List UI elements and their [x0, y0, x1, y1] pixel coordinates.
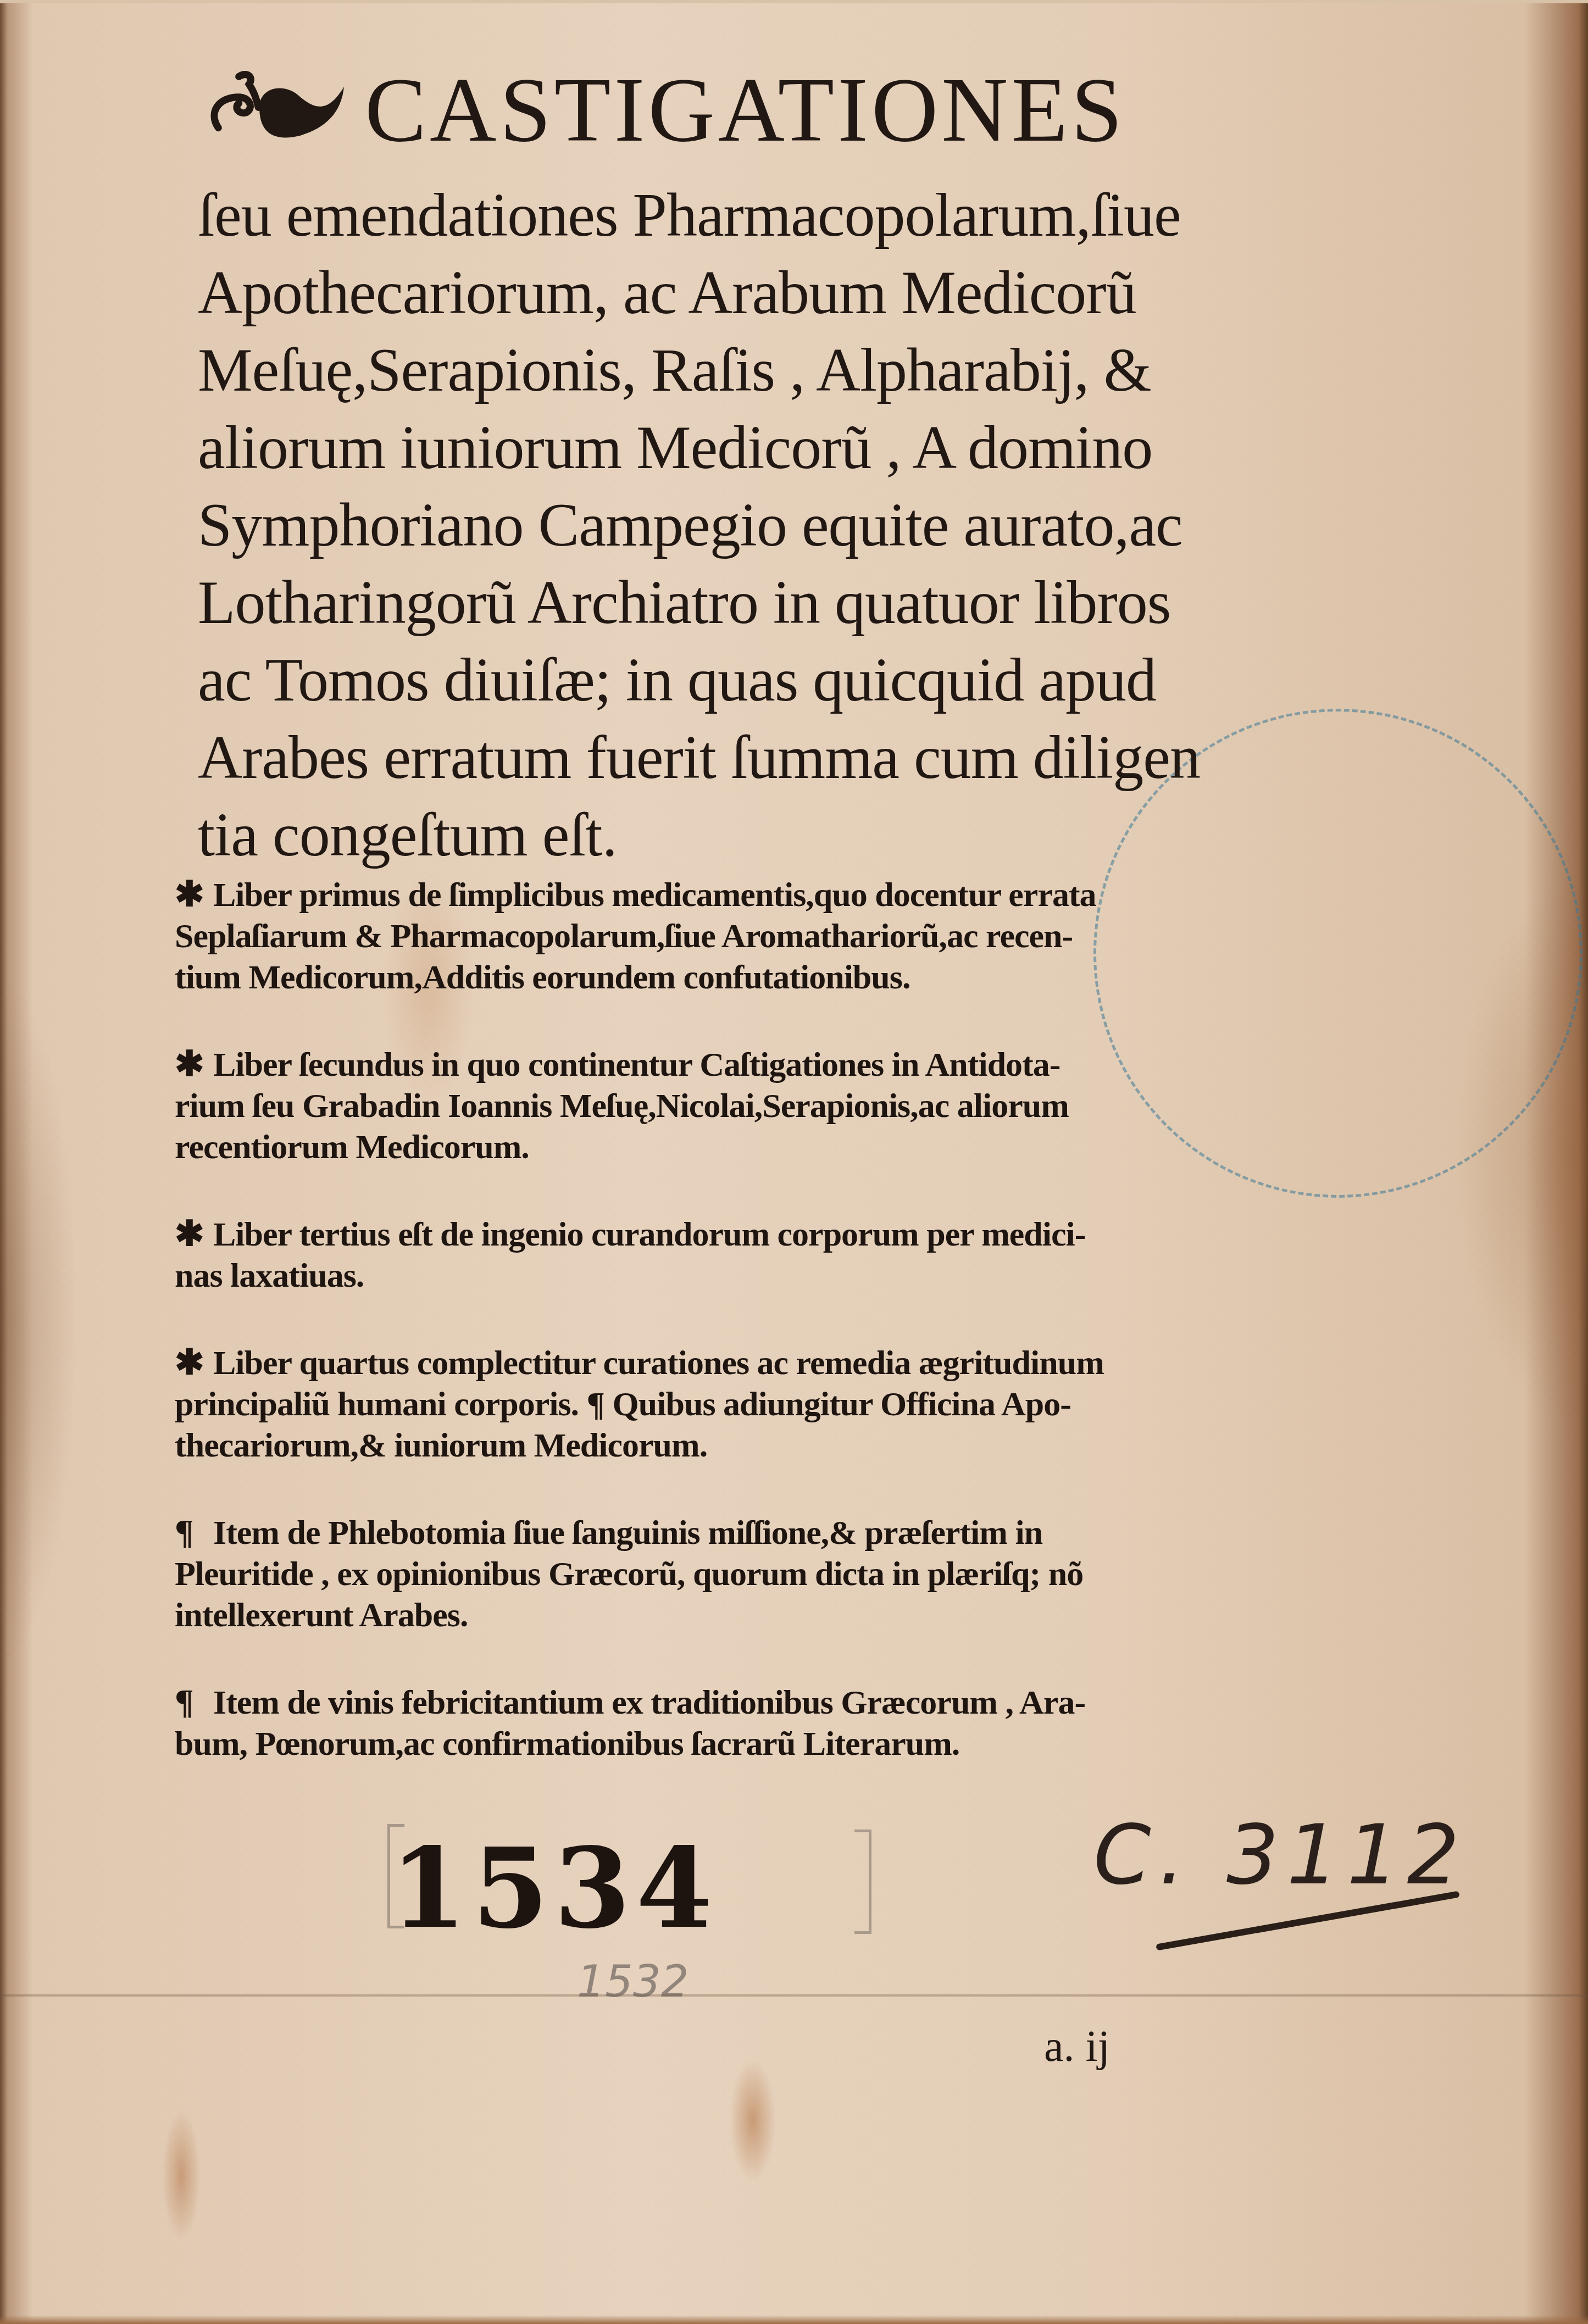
- entry-line: intellexerunt Arabes.: [175, 1595, 1373, 1636]
- entry-line: principaliũ humani corporis. ¶ Quibus ad…: [175, 1384, 1373, 1425]
- entry-line: Item de vinis febricitantium ex traditio…: [213, 1684, 1085, 1721]
- title-line: tia congeſtum eſt.: [198, 797, 1352, 874]
- book-entry-1: ✱Liber primus de ſimplicibus medicamenti…: [175, 874, 1373, 998]
- signature-mark: a. ij: [1044, 2022, 1110, 2072]
- entry-line: thecariorum,& iuniorum Medicorum.: [175, 1425, 1373, 1466]
- title-line: Meſuę,Serapionis, Raſis , Alpharabĳ, &: [198, 332, 1352, 409]
- book-entry-3: ✱Liber tertius eſt de ingenio curandorum…: [175, 1213, 1373, 1297]
- entry-line: tium Medicorum,Additis eorundem confutat…: [175, 957, 1373, 998]
- title-line: Arabes erratum fuerit ſumma cum diligen: [198, 719, 1352, 797]
- pilcrow-icon: ¶: [175, 1511, 213, 1553]
- headline-text: CASTIGATIONES: [365, 64, 1126, 156]
- headline: CASTIGATIONES: [198, 55, 1352, 165]
- entry-line: Liber primus de ſimplicibus medicamentis…: [213, 876, 1096, 914]
- entry-line: Seplaſiarum & Pharmacopolarum,ſiue Aroma…: [175, 916, 1373, 957]
- document-page: CASTIGATIONES ſeu emendationes Pharmacop…: [0, 0, 1588, 2324]
- entry-line: nas laxatiuas.: [175, 1255, 1373, 1297]
- title-line: ſeu emendationes Pharmacopolarum,ſiue: [198, 177, 1352, 254]
- asterisk-icon: ✱: [175, 874, 213, 915]
- entry-line: Item de Phlebotomia ſiue ſanguinis miſſi…: [213, 1514, 1042, 1552]
- phlebotomia-entry: ¶Item de Phlebotomia ſiue ſanguinis miſſ…: [175, 1511, 1373, 1636]
- book-entry-2: ✱Liber ſecundus in quo continentur Caſti…: [175, 1043, 1373, 1168]
- asterisk-icon: ✱: [175, 1342, 213, 1383]
- paper-repair-line: [0, 1978, 1588, 1997]
- entry-line: Liber tertius eſt de ingenio curandorum …: [213, 1216, 1085, 1253]
- page-bottom-edge: [0, 2315, 1588, 2324]
- pilcrow-icon: ¶: [175, 1681, 213, 1722]
- pencil-bracket-right: [854, 1830, 871, 1934]
- entry-line: bum, Pœnorum,ac confirmationibus ſacrarũ…: [175, 1723, 1373, 1765]
- vinis-entry: ¶Item de vinis febricitantium ex traditi…: [175, 1681, 1373, 1765]
- contents-list: ✱Liber primus de ſimplicibus medicamenti…: [175, 874, 1373, 1810]
- title-line: aliorum iuniorum Medicorũ , A domino: [198, 409, 1352, 487]
- title-line: Apothecariorum, ac Arabum Medicorũ: [198, 254, 1352, 332]
- title-line: ac Tomos diuiſæ; in quas quicquid apud: [198, 642, 1352, 719]
- entry-line: Liber ſecundus in quo continentur Caſtig…: [213, 1046, 1060, 1083]
- year-stamp: 1534: [390, 1824, 718, 1953]
- title-line: Lotharingorũ Archiatro in quatuor libros: [198, 564, 1352, 642]
- asterisk-icon: ✱: [175, 1213, 213, 1254]
- entry-line: recentiorum Medicorum.: [175, 1127, 1373, 1168]
- title-line: Symphoriano Campegio equite aurato,ac: [198, 487, 1352, 564]
- shelfmark: C. 3112: [1093, 1808, 1467, 1903]
- entry-line: Pleuritide , ex opinionibus Græcorũ, quo…: [175, 1554, 1373, 1595]
- fleuron-leaf-icon: [198, 66, 352, 154]
- page-top-edge: [0, 0, 1588, 3]
- title-block: CASTIGATIONES ſeu emendationes Pharmacop…: [198, 55, 1352, 874]
- entry-line: Liber quartus complectitur curationes ac…: [213, 1344, 1104, 1382]
- asterisk-icon: ✱: [175, 1043, 213, 1085]
- book-entry-4: ✱Liber quartus complectitur curationes a…: [175, 1342, 1373, 1466]
- entry-line: rium ſeu Grabadin Ioannis Meſuę,Nicolai,…: [175, 1086, 1373, 1127]
